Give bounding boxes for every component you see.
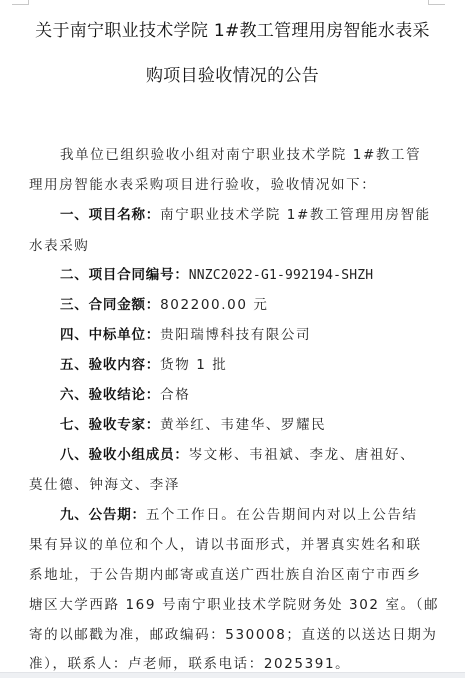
item-value: 南宁职业技术学院 1#教工管理用房智能 [160,207,431,223]
item-value: 货物 1 批 [160,357,227,373]
item-label: 六、验收结论： [60,387,160,403]
announcement-line2: 果有异议的单位和个人，请以书面形式，并署真实姓名和联 [29,537,422,553]
item-value: 岑文彬、韦祖斌、李龙、唐祖好、 [189,447,416,463]
item-label: 三、合同金额： [60,297,160,313]
announcement-line5: 寄的以邮戳为准，邮政编码：530008；直送的以送达日期为 [29,627,437,643]
item-value: 802200.00 元 [160,297,268,313]
intro-line1: 我单位已组织验收小组对南宁职业技术学院 1#教工管 [60,147,421,163]
item-acceptance-experts: 七、验收专家：黄举红、韦建华、罗耀民 [60,417,326,433]
item-value: 黄举红、韦建华、罗耀民 [160,417,326,433]
item-label: 二、项目合同编号： [60,267,189,283]
item-label: 八、验收小组成员： [60,447,189,463]
crop-mark-top-right [428,0,445,5]
crop-mark-top-left [12,0,29,5]
item-announcement-period: 九、公告期：五个工作日。在公告期间内对以上公告结 [60,507,418,523]
document-title-line2: 购项目验收情况的公告 [0,61,465,86]
item-acceptance-team: 八、验收小组成员：岑文彬、韦祖斌、李龙、唐祖好、 [60,447,415,463]
item-project-name-cont: 水表采购 [29,238,89,254]
page-bottom-edge [0,672,465,678]
document-page: 关于南宁职业技术学院 1#教工管理用房智能水表采 购项目验收情况的公告 我单位已… [0,0,465,672]
item-value: NNZC2022-G1-992194-SHZH [189,268,374,283]
item-label: 四、中标单位： [60,327,160,343]
item-label: 一、项目名称： [60,207,160,223]
item-acceptance-content: 五、验收内容：货物 1 批 [60,357,227,373]
item-contract-amount: 三、合同金额：802200.00 元 [60,297,269,313]
item-acceptance-conclusion: 六、验收结论：合格 [60,387,190,403]
item-project-name: 一、项目名称：南宁职业技术学院 1#教工管理用房智能 [60,207,431,223]
item-contract-number: 二、项目合同编号：NNZC2022-G1-992194-SHZH [60,267,373,284]
intro-line2: 理用房智能水表采购项目进行验收，验收情况如下： [29,177,376,193]
item-winning-bidder: 四、中标单位：贵阳瑞博科技有限公司 [60,327,311,343]
item-label: 五、验收内容： [60,357,160,373]
document-title-line1: 关于南宁职业技术学院 1#教工管理用房智能水表采 [0,16,465,41]
announcement-line4: 塘区大学西路 169 号南宁职业技术学院财务处 302 室。（邮 [29,597,439,613]
item-value: 合格 [160,387,190,403]
item-value: 五个工作日。在公告期间内对以上公告结 [146,507,418,523]
item-acceptance-team-cont: 莫仕德、钟海文、李泽 [29,477,180,493]
announcement-line6: 准），联系人：卢老师，联系电话：2025391。 [29,656,350,672]
item-value: 贵阳瑞博科技有限公司 [160,327,311,343]
item-label: 七、验收专家： [60,417,160,433]
item-label: 九、公告期： [60,507,146,523]
announcement-line3: 系地址，于公告期内邮寄或直送广西壮族自治区南宁市西乡 [29,567,422,583]
